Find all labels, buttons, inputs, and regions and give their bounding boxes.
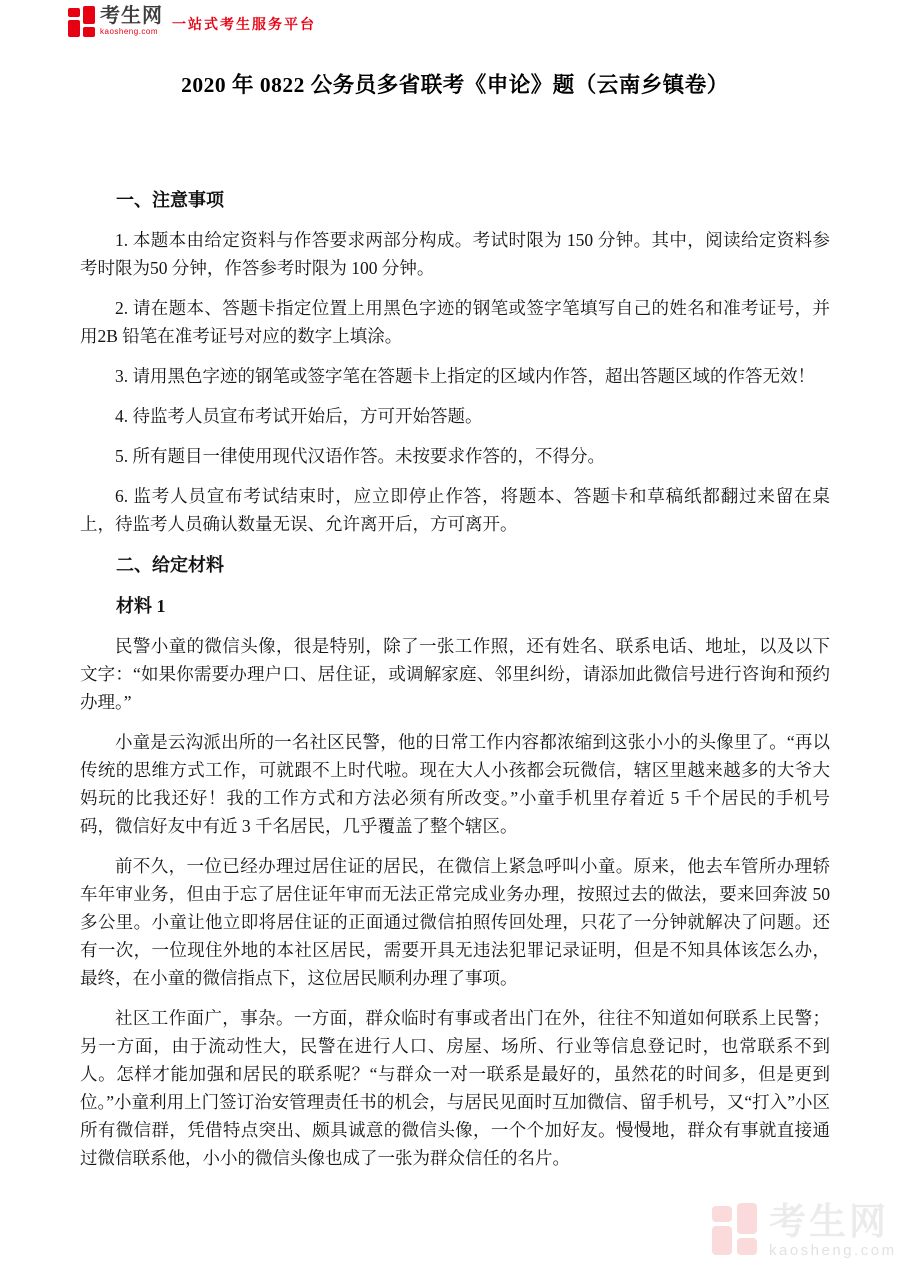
material-1-paragraph-2: 小童是云沟派出所的一名社区民警，他的日常工作内容都浓缩到这张小小的头像里了。“再… (80, 728, 830, 840)
page-title: 2020 年 0822 公务员多省联考《申论》题（云南乡镇卷） (80, 70, 830, 100)
document-content: 2020 年 0822 公务员多省联考《申论》题（云南乡镇卷） 一、注意事项 1… (0, 0, 900, 1172)
logo-domain: kaosheng.com (100, 28, 163, 36)
material-1-paragraph-4: 社区工作面广，事杂。一方面，群众临时有事或者出门在外，往往不知道如何联系上民警；… (80, 1004, 830, 1172)
section-heading-notice: 一、注意事项 (80, 186, 830, 214)
material-1-paragraph-3: 前不久，一位已经办理过居住证的居民，在微信上紧急呼叫小童。原来，他去车管所办理轿… (80, 852, 830, 992)
logo-name: 考生网 (100, 6, 163, 26)
watermark-name: 考生网 (769, 1203, 897, 1240)
site-header: 考生网 kaosheng.com 一站式考生服务平台 (68, 6, 316, 37)
notice-item-4: 4. 待监考人员宣布考试开始后，方可开始答题。 (80, 402, 830, 430)
notice-item-6: 6. 监考人员宣布考试结束时，应立即停止作答，将题本、答题卡和草稿纸都翻过来留在… (80, 482, 830, 538)
notice-item-1: 1. 本题本由给定资料与作答要求两部分构成。考试时限为 150 分钟。其中，阅读… (80, 226, 830, 282)
section-heading-materials: 二、给定材料 (80, 551, 830, 579)
material-1-heading: 材料 1 (80, 592, 830, 620)
notice-item-2: 2. 请在题本、答题卡指定位置上用黑色字迹的钢笔或签字笔填写自己的姓名和准考证号… (80, 294, 830, 350)
kaosheng-watermark-icon (712, 1203, 758, 1256)
kaosheng-logo-icon (68, 6, 96, 37)
logo-tagline: 一站式考生服务平台 (172, 14, 316, 37)
material-1-paragraph-1: 民警小童的微信头像，很是特别，除了一张工作照，还有姓名、联系电话、地址，以及以下… (80, 632, 830, 716)
kaosheng-watermark: 考生网 kaosheng.com (712, 1203, 897, 1258)
notice-item-5: 5. 所有题目一律使用现代汉语作答。未按要求作答的，不得分。 (80, 442, 830, 470)
document-page: 考生网 kaosheng.com 一站式考生服务平台 2020 年 0822 公… (0, 0, 900, 1273)
kaosheng-logo[interactable]: 考生网 kaosheng.com (68, 6, 163, 37)
watermark-domain: kaosheng.com (769, 1243, 897, 1258)
notice-item-3: 3. 请用黑色字迹的钢笔或签字笔在答题卡上指定的区域内作答，超出答题区域的作答无… (80, 362, 830, 390)
